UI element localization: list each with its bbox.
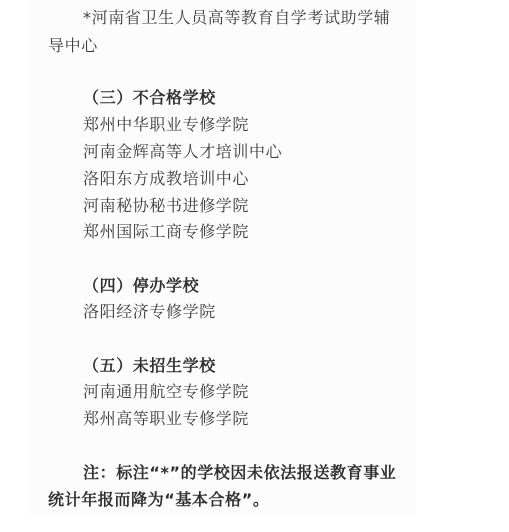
list-item: 郑州高等职业专修学院 bbox=[83, 409, 249, 429]
section-heading-unqualified: （三）不合格学校 bbox=[83, 88, 216, 108]
list-item: 郑州国际工商专修学院 bbox=[83, 222, 249, 242]
document-panel bbox=[30, 0, 416, 517]
list-item: 河南秘协秘书进修学院 bbox=[83, 196, 249, 216]
continuation-line-2: 导中心 bbox=[48, 36, 98, 56]
section-heading-closed: （四）停办学校 bbox=[83, 276, 199, 296]
list-item: 洛阳经济专修学院 bbox=[83, 302, 216, 322]
section-heading-no-enrollment: （五）未招生学校 bbox=[83, 356, 216, 376]
list-item: 郑州中华职业专修学院 bbox=[83, 115, 249, 135]
list-item: 河南通用航空专修学院 bbox=[83, 382, 249, 402]
note-line-2: 统计年报而降为“基本合格”。 bbox=[48, 490, 269, 510]
note-line-1: 注：标注“*”的学校因未依法报送教育事业 bbox=[83, 463, 396, 483]
list-item: 河南金辉高等人才培训中心 bbox=[83, 142, 282, 162]
continuation-line-1: *河南省卫生人员高等教育自学考试助学辅 bbox=[83, 8, 390, 28]
list-item: 洛阳东方成教培训中心 bbox=[83, 169, 249, 189]
